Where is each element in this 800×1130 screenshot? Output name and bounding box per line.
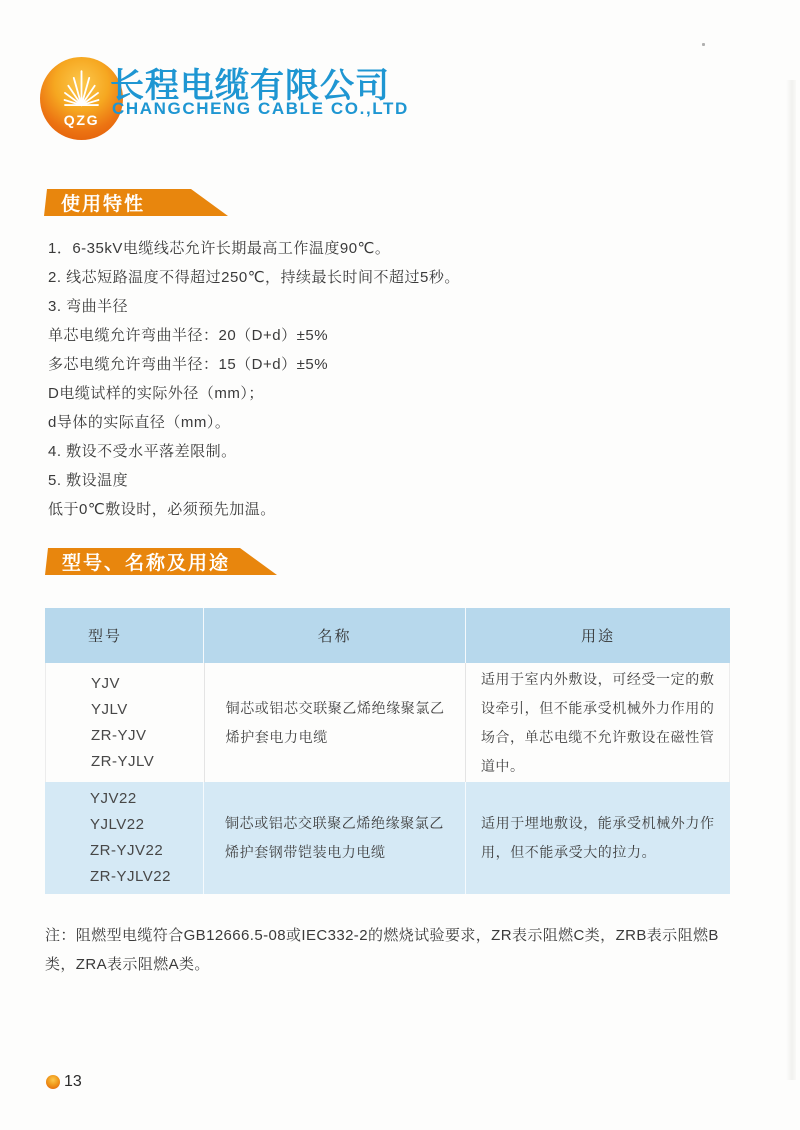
cable-usage-cell: 适用于埋地敷设，能承受机械外力作用，但不能承受大的拉力。 [465,782,730,894]
feature-item: D电缆试样的实际外径（mm）； [48,379,608,408]
model-code: YJLV22 [90,812,203,838]
cable-usage: 适用于室内外敷设，可经受一定的敷设牵引，但不能承受机械外力作用的场合，单芯电缆不… [481,665,717,781]
table-row: YJV22 YJLV22 ZR-YJV22 ZR-YJLV22 铜芯或铝芯交联聚… [45,782,730,894]
cable-name-cell: 铜芯或铝芯交联聚乙烯绝缘聚氯乙烯护套钢带铠装电力电缆 [203,782,465,894]
logo-text: QZG [64,112,100,128]
feature-item: 多芯电缆允许弯曲半径：15（D+d）±5% [48,350,608,379]
model-code: ZR-YJLV22 [90,864,203,890]
spec-table: 型号 名称 用途 YJV YJLV ZR-YJV ZR-YJLV 铜芯或铝芯交联… [45,608,730,894]
feature-list: 1．6-35kV电缆线芯允许长期最高工作温度90℃。 2. 线芯短路温度不得超过… [48,234,608,524]
section-banner-models: 型号、名称及用途 [45,548,277,575]
model-code: YJLV [91,697,204,723]
flame-retardant-note: 注：阻燃型电缆符合GB12666.5-08或IEC332-2的燃烧试验要求，ZR… [45,921,737,979]
cable-usage-cell: 适用于室内外敷设，可经受一定的敷设牵引，但不能承受机械外力作用的场合，单芯电缆不… [465,663,729,782]
model-list: YJV YJLV ZR-YJV ZR-YJLV [46,663,204,782]
model-code: ZR-YJLV [91,749,204,775]
model-code: YJV [91,671,204,697]
section-banner-usage: 使用特性 [44,189,228,216]
company-name-en: CHANGCHENG CABLE CO.,LTD [112,99,409,119]
model-code: ZR-YJV [91,723,204,749]
model-list: YJV22 YJLV22 ZR-YJV22 ZR-YJLV22 [45,782,203,894]
column-header-usage: 用途 [465,608,730,663]
cable-name: 铜芯或铝芯交联聚乙烯绝缘聚氯乙烯护套钢带铠装电力电缆 [225,809,447,867]
feature-item: 2. 线芯短路温度不得超过250℃，持续最长时间不超过5秒。 [48,263,608,292]
column-header-model: 型号 [45,608,203,663]
section-title-models: 型号、名称及用途 [62,548,230,575]
column-header-name: 名称 [203,608,465,663]
page-number: 13 [64,1073,82,1091]
table-header-row: 型号 名称 用途 [45,608,730,663]
feature-item: 单芯电缆允许弯曲半径：20（D+d）±5% [48,321,608,350]
scan-speck [702,43,705,46]
model-code: YJV22 [90,786,203,812]
cable-usage: 适用于埋地敷设，能承受机械外力作用，但不能承受大的拉力。 [481,809,718,867]
table-row: YJV YJLV ZR-YJV ZR-YJLV 铜芯或铝芯交联聚乙烯绝缘聚氯乙烯… [45,663,730,782]
section-title-usage: 使用特性 [61,189,145,216]
footer-logo-icon [46,1075,60,1089]
feature-item: 4. 敷设不受水平落差限制。 [48,437,608,466]
feature-item: 3. 弯曲半径 [48,292,608,321]
model-code: ZR-YJV22 [90,838,203,864]
cable-name-cell: 铜芯或铝芯交联聚乙烯绝缘聚氯乙烯护套电力电缆 [204,663,465,782]
feature-item: 低于0℃敷设时，必须预先加温。 [48,495,608,524]
cable-name: 铜芯或铝芯交联聚乙烯绝缘聚氯乙烯护套电力电缆 [226,694,447,752]
feature-item: 1．6-35kV电缆线芯允许长期最高工作温度90℃。 [48,234,608,263]
page-footer: 13 [46,1073,82,1091]
feature-item: 5. 敷设温度 [48,466,608,495]
feature-item: d导体的实际直径（mm）。 [48,408,608,437]
scan-edge-shadow [786,80,796,1080]
